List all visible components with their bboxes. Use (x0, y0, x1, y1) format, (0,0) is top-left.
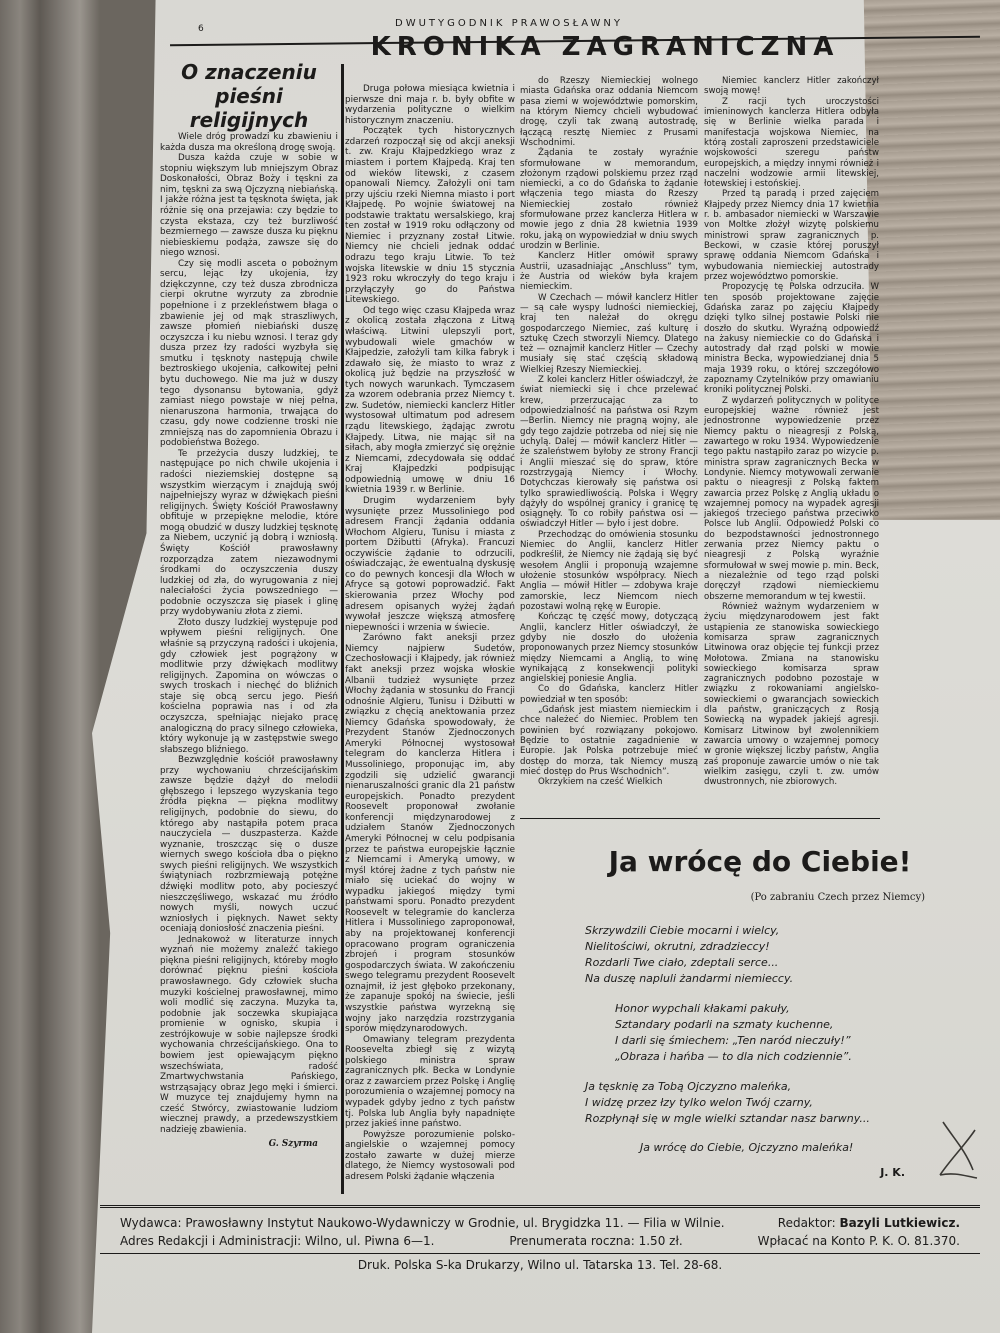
poem-subtitle: (Po zabraniu Czech przez Niemcy) (560, 892, 960, 903)
paragraph: Zarówno fakt aneksji przez Niemcy najpie… (345, 633, 515, 1034)
subscription-line: Prenumerata roczna: 1.50 zł. (509, 1232, 682, 1250)
paragraph: Propozycję tę Polska odrzuciła. W ten sp… (704, 282, 879, 395)
footer-rule (100, 1205, 980, 1208)
paragraph: Powyższe porozumienie polsko-angielskie … (345, 1130, 515, 1183)
poem-author: J. K. (560, 1166, 960, 1179)
paragraph: Dusza każda czuje w sobie w stopniu więk… (160, 153, 338, 259)
paragraph: Drugim wydarzeniem były wysunięte przez … (345, 496, 515, 633)
publication-title: DWUTYGODNIK PRAWOSŁAWNY (395, 18, 623, 29)
paragraph: Te przeżycia duszy ludzkiej, te następuj… (160, 449, 338, 618)
paragraph: Z racji tych uroczystości imieninowych k… (704, 97, 879, 190)
paragraph: Złoto duszy ludzkiej występuje pod wpływ… (160, 618, 338, 755)
paragraph: Również ważnym wydarzeniem w życiu międz… (704, 602, 879, 788)
address-line: Adres Redakcji i Administracji: Wilno, u… (120, 1232, 434, 1250)
paragraph: Żądania te zostały wyraźnie sformułowane… (520, 148, 698, 251)
paragraph: Początek tych historycznych zdarzeń rozp… (345, 126, 515, 306)
poem: Ja wrócę do Ciebie! (Po zabraniu Czech p… (560, 835, 960, 1179)
paragraph: Od tego więc czasu Kłajpeda wraz z okoli… (345, 306, 515, 496)
paragraph: Omawiany telegram prezydenta Roosevelta … (345, 1035, 515, 1130)
poem-title: Ja wrócę do Ciebie! (560, 845, 960, 878)
pen-scribble-mark (935, 1120, 980, 1180)
article-religious-songs: O znaczeniu pieśni religijnych Wiele dró… (160, 60, 338, 1150)
paragraph: Wiele dróg prowadzi ku zbawieniu i każda… (160, 132, 338, 153)
paragraph: Kończąc tę część mowy, dotyczącą Anglii,… (520, 612, 698, 684)
article-author: G. Szyrma (160, 1139, 338, 1150)
paragraph: Druga połowa miesiąca kwietnia i pierwsz… (345, 84, 515, 126)
paragraph: Przed tą paradą i przed zajęciem Kłajped… (704, 189, 879, 282)
poem-stanzas: Skrzywdzili Ciebie mocarni i wielcy,Niel… (560, 923, 960, 1127)
column-divider (341, 64, 344, 1194)
paragraph: do Rzeszy Niemieckiej wolnego miasta Gda… (520, 76, 698, 148)
editor-line: Redaktor: Bazyli Lutkiewicz. (778, 1214, 960, 1232)
footer-rule-2 (100, 1253, 980, 1254)
kronika-column-2: do Rzeszy Niemieckiej wolnego miasta Gda… (520, 76, 698, 788)
paragraph: Z wydarzeń politycznych w polityce europ… (704, 396, 879, 602)
paragraph: Jednakowoż w literaturze innych wyznań n… (160, 935, 338, 1136)
paragraph: Przechodząc do omówienia stosunku Niemie… (520, 530, 698, 613)
section-title-kronika: KRONIKA ZAGRANICZNA (345, 32, 865, 62)
paragraph: W Czechach — mówił kanclerz Hitler — są … (520, 293, 698, 376)
article-title: O znaczeniu pieśni religijnych (160, 60, 338, 132)
paragraph: Z kolei kanclerz Hitler oświadczył, że ś… (520, 375, 698, 530)
paragraph: Bezwzględnie kościół prawosławny przy wy… (160, 755, 338, 935)
paragraph: Kanclerz Hitler omówił sprawy Austrii, u… (520, 251, 698, 292)
kronika-column-1: Druga połowa miesiąca kwietnia i pierwsz… (345, 76, 515, 1183)
poem-stanza: Skrzywdzili Ciebie mocarni i wielcy,Niel… (560, 923, 960, 987)
paragraph: Okrzykiem na cześć Wielkich (520, 777, 698, 787)
publisher-line: Wydawca: Prawosławny Instytut Naukowo-Wy… (120, 1214, 725, 1232)
footer-imprint: Wydawca: Prawosławny Instytut Naukowo-Wy… (100, 1205, 980, 1272)
section-divider (520, 818, 880, 819)
poem-stanza: Honor wypchali kłakami pakuły,Sztandary … (560, 1001, 960, 1065)
paragraph: Niemiec kanclerz Hitler zakończył swoją … (704, 76, 879, 97)
page-number: 6 (198, 24, 204, 34)
kronika-column-3: Niemiec kanclerz Hitler zakończył swoją … (704, 76, 879, 788)
paragraph: Co do Gdańska, kanclerz Hitler powiedzia… (520, 684, 698, 705)
newspaper-content: 6 DWUTYGODNIK PRAWOSŁAWNY O znaczeniu pi… (0, 0, 1000, 1333)
printer-line: Druk. Polska S-ka Drukarzy, Wilno ul. Ta… (100, 1258, 980, 1272)
poem-stanza: Ja tęsknię za Tobą Ojczyzno maleńka,I wi… (560, 1079, 960, 1127)
paragraph: „Gdańsk jest miastem niemieckim i chce n… (520, 705, 698, 777)
account-line: Wpłacać na Konto P. K. O. 81.370. (758, 1232, 960, 1250)
poem-refrain: Ja wrócę do Ciebie, Ojczyzno maleńka! (560, 1141, 960, 1154)
paragraph: Czy się modli asceta o pobożnym sercu, l… (160, 259, 338, 449)
